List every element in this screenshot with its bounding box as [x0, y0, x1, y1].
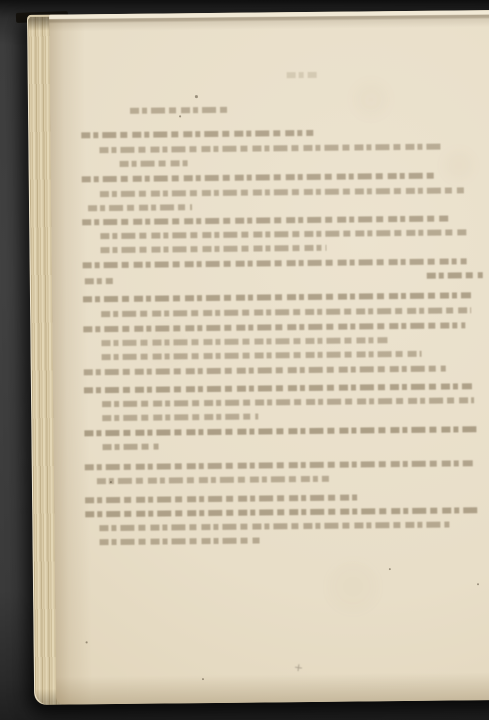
text-line	[85, 278, 113, 284]
text-line	[99, 144, 443, 153]
text-line	[82, 216, 450, 225]
text-line	[83, 322, 465, 331]
text-line	[120, 160, 192, 166]
text-line	[100, 229, 466, 238]
book-page: +	[49, 10, 489, 705]
text-line	[100, 245, 326, 253]
text-line	[83, 292, 471, 302]
text-line	[130, 107, 230, 114]
dust-speck	[179, 115, 181, 117]
text-line	[85, 494, 357, 502]
dust-speck	[86, 641, 88, 643]
pencil-mark: +	[293, 662, 304, 674]
paper-blotch	[145, 323, 185, 363]
text-line	[85, 507, 477, 517]
text-line	[83, 258, 467, 268]
text-line	[84, 383, 472, 393]
text-line	[102, 397, 474, 406]
text-line	[101, 307, 471, 316]
text-line	[97, 476, 329, 484]
text-line	[99, 522, 449, 531]
text-line	[84, 366, 446, 375]
book: +	[27, 10, 489, 705]
text-line	[103, 444, 159, 450]
text-line	[100, 538, 260, 545]
text-line	[88, 204, 192, 211]
paper-blotch	[443, 150, 473, 180]
paper-blotch	[353, 81, 389, 117]
dust-speck	[389, 568, 391, 570]
photo-of-book-page: +	[0, 0, 489, 720]
text-line	[85, 460, 473, 470]
text-line	[102, 414, 258, 421]
text-line	[81, 130, 313, 138]
text-layer: +	[49, 10, 489, 705]
dust-speck	[477, 583, 479, 585]
text-line	[427, 272, 483, 278]
text-line	[100, 187, 464, 196]
dust-speck	[110, 481, 112, 483]
paper-blotch	[328, 561, 379, 612]
text-line	[84, 426, 476, 436]
dust-speck	[202, 678, 204, 680]
text-line	[287, 72, 317, 78]
text-line	[82, 173, 434, 182]
dust-speck	[195, 95, 198, 98]
text-line	[101, 337, 387, 345]
